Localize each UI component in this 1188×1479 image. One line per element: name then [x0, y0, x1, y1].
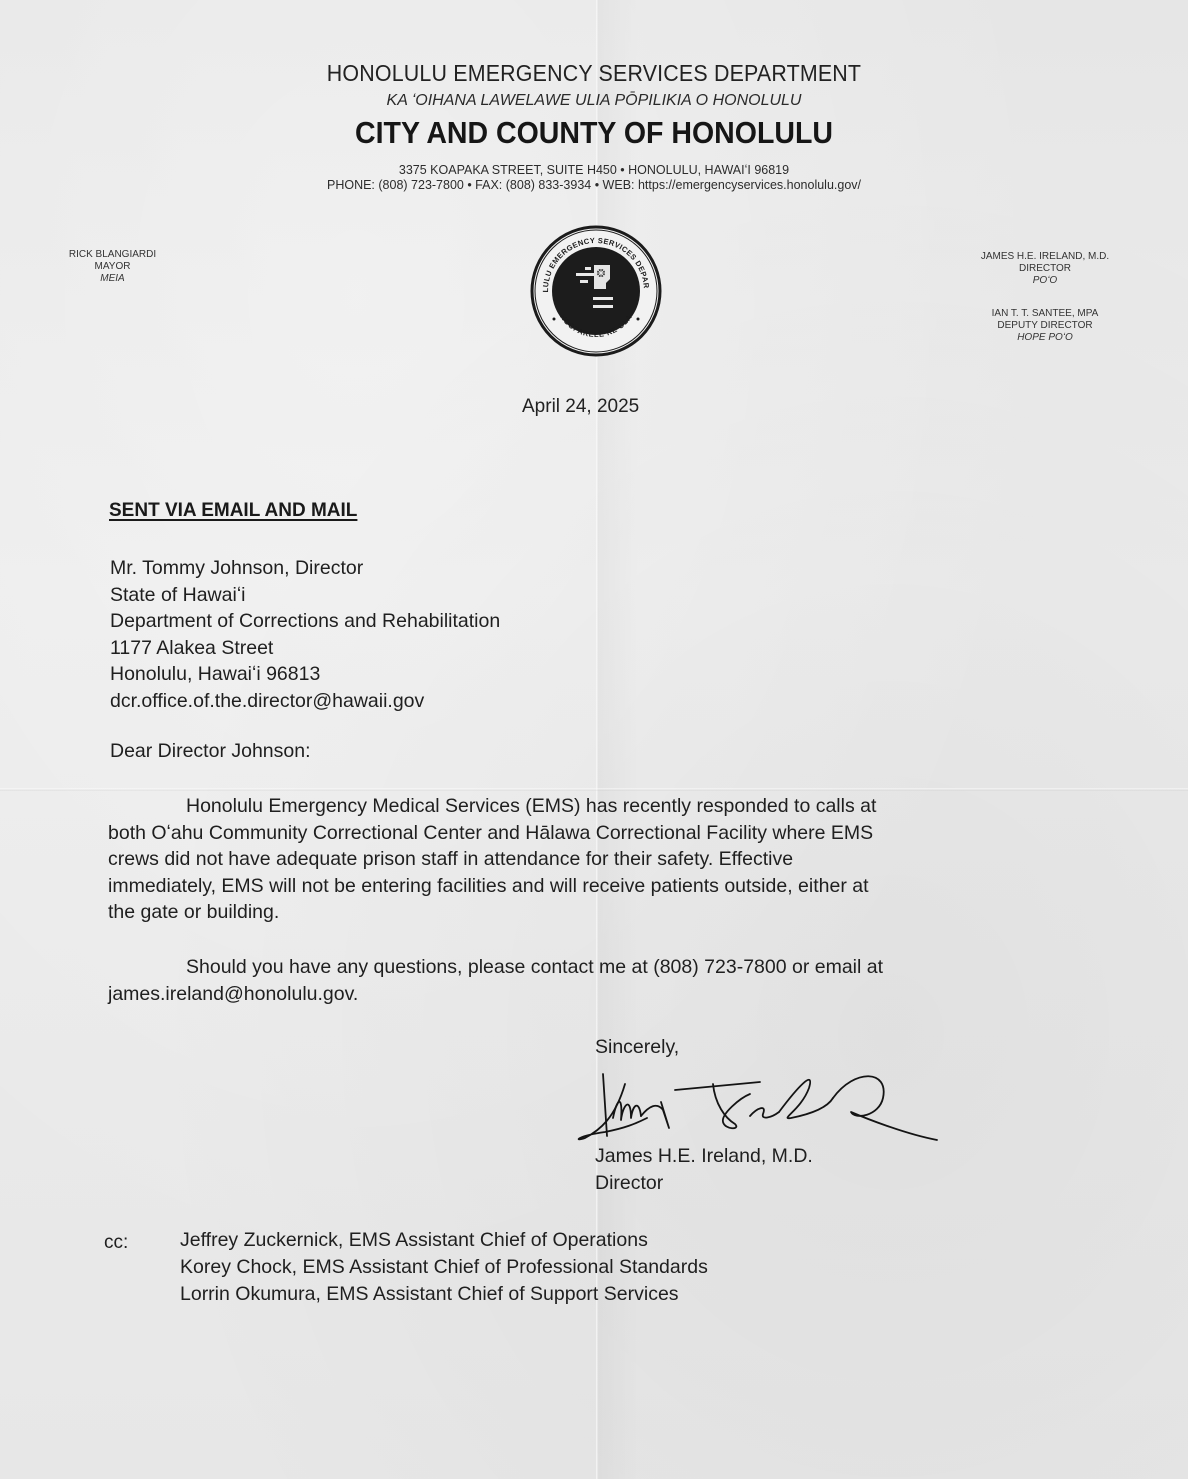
salutation: Dear Director Johnson: — [110, 740, 311, 763]
director-title-hawaiian: POʻO — [955, 275, 1135, 287]
paragraph-line: Should you have any questions, please co… — [108, 954, 1038, 981]
letterhead-address: 3375 KOAPAKA STREET, SUITE H450 • HONOLU… — [0, 163, 1188, 177]
mayor-name: RICK BLANGIARDI — [50, 249, 175, 261]
cc-recipient: Korey Chock, EMS Assistant Chief of Prof… — [180, 1254, 708, 1281]
letterhead-city: CITY AND COUNTY OF HONOLULU — [48, 115, 1141, 151]
delivery-notice: SENT VIA EMAIL AND MAIL — [109, 500, 357, 522]
paragraph-line: immediately, EMS will not be entering fa… — [108, 873, 1038, 900]
letter-date: April 24, 2025 — [522, 396, 639, 418]
mayor-title: MAYOR — [50, 261, 175, 273]
letterhead-department-hawaiian: KA ʻOIHANA LAWELAWE ULIA PŌPILIKIA O HON… — [0, 92, 1188, 110]
cc-recipient: Jeffrey Zuckernick, EMS Assistant Chief … — [180, 1227, 708, 1254]
deputy-director-title-hawaiian: HOPE POʻO — [955, 332, 1135, 344]
horizontal-fold-crease — [0, 788, 1188, 791]
body-paragraph: Should you have any questions, please co… — [108, 954, 1038, 1007]
cc-label: cc: — [104, 1232, 128, 1254]
director-name: JAMES H.E. IRELAND, M.D. — [955, 251, 1135, 263]
deputy-director-title: DEPUTY DIRECTOR — [955, 320, 1135, 332]
recipient-address-block: Mr. Tommy Johnson, Director State of Haw… — [110, 555, 500, 714]
paragraph-line: the gate or building. — [108, 899, 1038, 926]
director-block: JAMES H.E. IRELAND, M.D. DIRECTOR POʻO — [955, 251, 1135, 287]
paragraph-line: crews did not have adequate prison staff… — [108, 846, 1038, 873]
mayor-block: RICK BLANGIARDI MAYOR MEIA — [50, 249, 175, 285]
mayor-title-hawaiian: MEIA — [50, 273, 175, 285]
director-title: DIRECTOR — [955, 263, 1135, 275]
handwritten-signature-icon — [565, 1058, 945, 1158]
deputy-director-name: IAN T. T. SANTEE, MPA — [955, 308, 1135, 320]
signer-title: Director — [595, 1172, 663, 1195]
recipient-state: State of Hawaiʻi — [110, 582, 500, 609]
recipient-department: Department of Corrections and Rehabilita… — [110, 608, 500, 635]
recipient-city: Honolulu, Hawaiʻi 96813 — [110, 661, 500, 688]
department-seal-icon: HONOLULU EMERGENCY SERVICES DEPARTMENT H… — [530, 225, 662, 357]
letterhead-department: HONOLULU EMERGENCY SERVICES DEPARTMENT — [42, 60, 1147, 87]
signer-name: James H.E. Ireland, M.D. — [595, 1145, 813, 1168]
closing: Sincerely, — [595, 1036, 679, 1059]
deputy-director-block: IAN T. T. SANTEE, MPA DEPUTY DIRECTOR HO… — [955, 308, 1135, 344]
recipient-name: Mr. Tommy Johnson, Director — [110, 555, 500, 582]
cc-recipient: Lorrin Okumura, EMS Assistant Chief of S… — [180, 1281, 708, 1308]
letterhead-contact: PHONE: (808) 723-7800 • FAX: (808) 833-3… — [0, 178, 1188, 192]
paragraph-line: both Oʻahu Community Correctional Center… — [108, 820, 1038, 847]
recipient-street: 1177 Alakea Street — [110, 635, 500, 662]
paragraph-line: james.ireland@honolulu.gov. — [108, 981, 1038, 1008]
recipient-email: dcr.office.of.the.director@hawaii.gov — [110, 688, 500, 715]
paragraph-line: Honolulu Emergency Medical Services (EMS… — [108, 793, 1038, 820]
cc-list: Jeffrey Zuckernick, EMS Assistant Chief … — [180, 1227, 708, 1308]
body-paragraph: Honolulu Emergency Medical Services (EMS… — [108, 793, 1038, 926]
